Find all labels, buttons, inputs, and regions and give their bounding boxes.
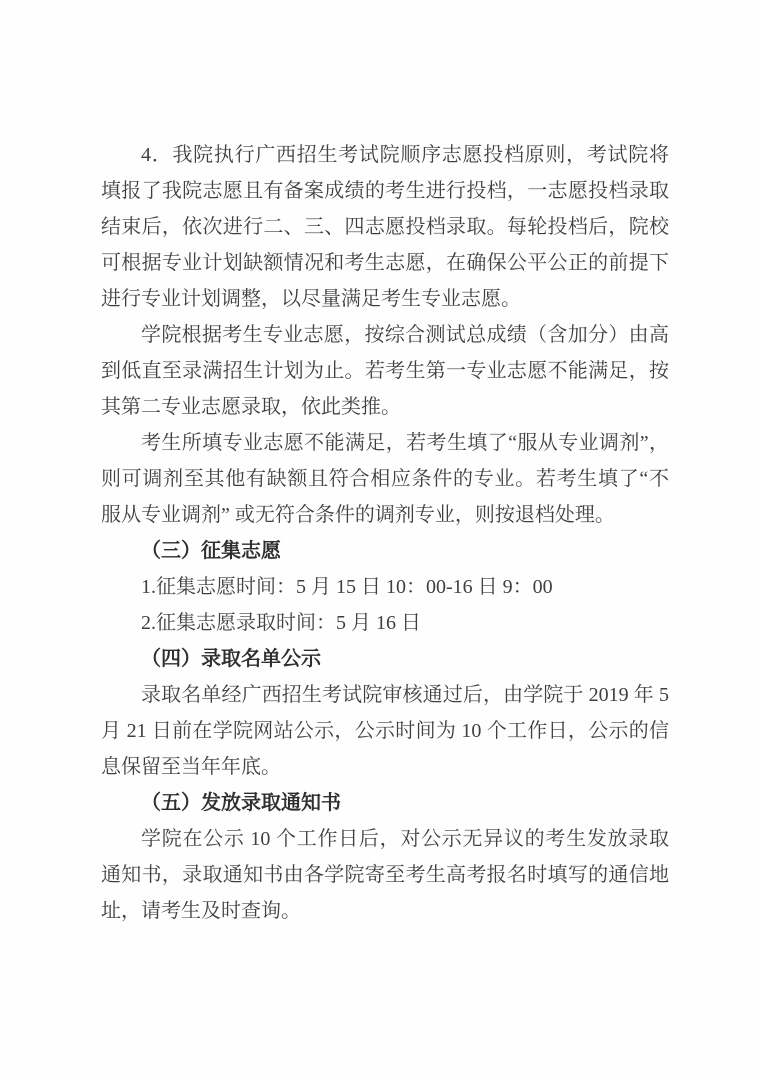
paragraph: 考生所填专业志愿不能满足，若考生填了“服从专业调剂”，则可调剂至其他有缺额且符合… — [101, 425, 669, 533]
paragraph: 4．我院执行广西招生考试院顺序志愿投档原则，考试院将填报了我院志愿且有备案成绩的… — [101, 137, 669, 317]
section-heading: （三）征集志愿 — [101, 533, 669, 569]
section-heading: （五）发放录取通知书 — [101, 785, 669, 821]
paragraph: 录取名单经广西招生考试院审核通过后，由学院于 2019 年 5 月 21 日前在… — [101, 677, 669, 785]
list-item: 1.征集志愿时间：5 月 15 日 10：00-16 日 9：00 — [101, 569, 669, 605]
document-page: 4．我院执行广西招生考试院顺序志愿投档原则，考试院将填报了我院志愿且有备案成绩的… — [0, 0, 760, 1074]
document-content: 4．我院执行广西招生考试院顺序志愿投档原则，考试院将填报了我院志愿且有备案成绩的… — [101, 137, 669, 929]
paragraph: 学院在公示 10 个工作日后，对公示无异议的考生发放录取通知书，录取通知书由各学… — [101, 821, 669, 929]
list-item: 2.征集志愿录取时间：5 月 16 日 — [101, 605, 669, 641]
section-heading: （四）录取名单公示 — [101, 641, 669, 677]
paragraph: 学院根据考生专业志愿，按综合测试总成绩（含加分）由高到低直至录满招生计划为止。若… — [101, 317, 669, 425]
